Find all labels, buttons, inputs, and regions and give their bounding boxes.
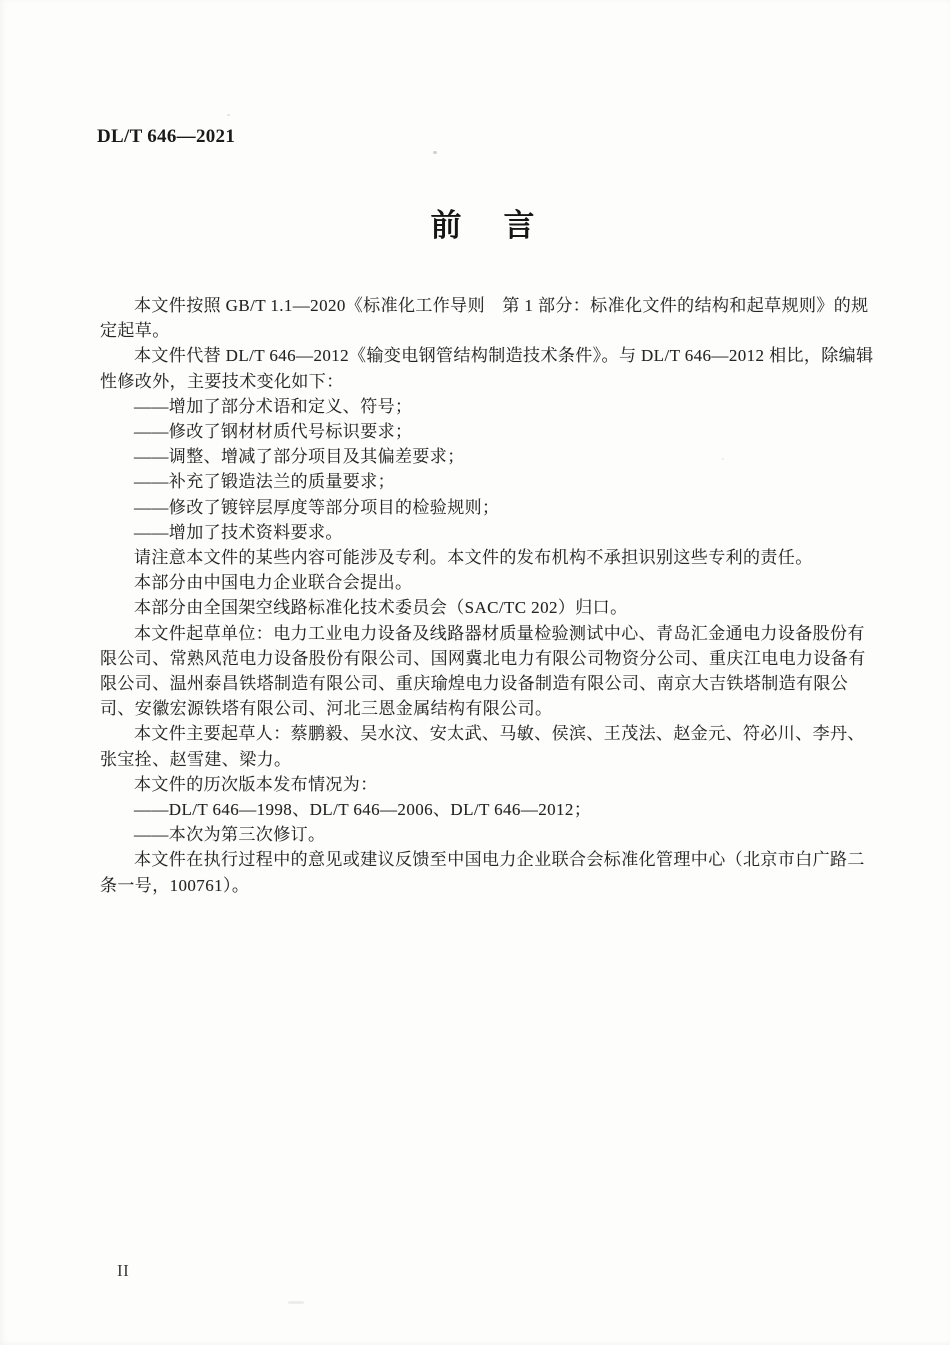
text-line: 张宝拴、赵雪建、梁力。 bbox=[100, 747, 865, 772]
text-line: 请注意本文件的某些内容可能涉及专利。本文件的发布机构不承担识别这些专利的责任。 bbox=[100, 545, 865, 570]
text-line: ——本次为第三次修订。 bbox=[100, 822, 865, 847]
text-line: ——DL/T 646—1998、DL/T 646—2006、DL/T 646—2… bbox=[100, 797, 865, 822]
text-line: ——增加了技术资料要求。 bbox=[100, 520, 865, 545]
text-line: ——增加了部分术语和定义、符号； bbox=[100, 394, 865, 419]
page-number: II bbox=[117, 1261, 129, 1281]
text-line: 本文件主要起草人：蔡鹏毅、吴水汶、安太武、马敏、侯滨、王茂法、赵金元、符必川、李… bbox=[100, 721, 865, 746]
text-line: 定起草。 bbox=[100, 318, 865, 343]
scan-speck bbox=[227, 114, 230, 116]
text-line: ——修改了镀锌层厚度等部分项目的检验规则； bbox=[100, 495, 865, 520]
text-line: 本文件的历次版本发布情况为： bbox=[100, 772, 865, 797]
text-line: 本部分由中国电力企业联合会提出。 bbox=[100, 570, 865, 595]
foreword-title-char-1: 前 bbox=[431, 200, 462, 245]
text-line: 司、安徽宏源铁塔有限公司、河北三恩金属结构有限公司。 bbox=[100, 696, 865, 721]
text-line: 本部分由全国架空线路标准化技术委员会（SAC/TC 202）归口。 bbox=[100, 595, 865, 620]
doc-number: DL/T 646—2021 bbox=[97, 126, 235, 148]
text-line: 本文件起草单位：电力工业电力设备及线路器材质量检验测试中心、青岛汇金通电力设备股… bbox=[100, 621, 865, 646]
foreword-title-char-2: 言 bbox=[504, 200, 535, 245]
text-line: 限公司、常熟风范电力设备股份有限公司、国网冀北电力有限公司物资分公司、重庆江电电… bbox=[100, 646, 865, 671]
text-line: 性修改外，主要技术变化如下： bbox=[100, 369, 865, 394]
scan-speck bbox=[433, 151, 437, 154]
body-text: 本文件按照 GB/T 1.1—2020《标准化工作导则 第 1 部分：标准化文件… bbox=[100, 293, 865, 898]
text-line: ——补充了锻造法兰的质量要求； bbox=[100, 469, 865, 494]
foreword-title: 前 言 bbox=[100, 200, 865, 245]
text-line: 条一号，100761）。 bbox=[100, 873, 865, 898]
text-line: 本文件代替 DL/T 646—2012《输变电钢管结构制造技术条件》。与 DL/… bbox=[100, 343, 865, 368]
text-line: ——修改了钢材材质代号标识要求； bbox=[100, 419, 865, 444]
text-line: 本文件在执行过程中的意见或建议反馈至中国电力企业联合会标准化管理中心（北京市白广… bbox=[100, 847, 865, 872]
text-line: ——调整、增减了部分项目及其偏差要求； bbox=[100, 444, 865, 469]
scan-smudge bbox=[288, 1301, 304, 1304]
text-line: 本文件按照 GB/T 1.1—2020《标准化工作导则 第 1 部分：标准化文件… bbox=[100, 293, 865, 318]
text-line: 限公司、温州泰昌铁塔制造有限公司、重庆瑜煌电力设备制造有限公司、南京大吉铁塔制造… bbox=[100, 671, 865, 696]
document-page: DL/T 646—2021 前 言 本文件按照 GB/T 1.1—2020《标准… bbox=[0, 0, 950, 1345]
